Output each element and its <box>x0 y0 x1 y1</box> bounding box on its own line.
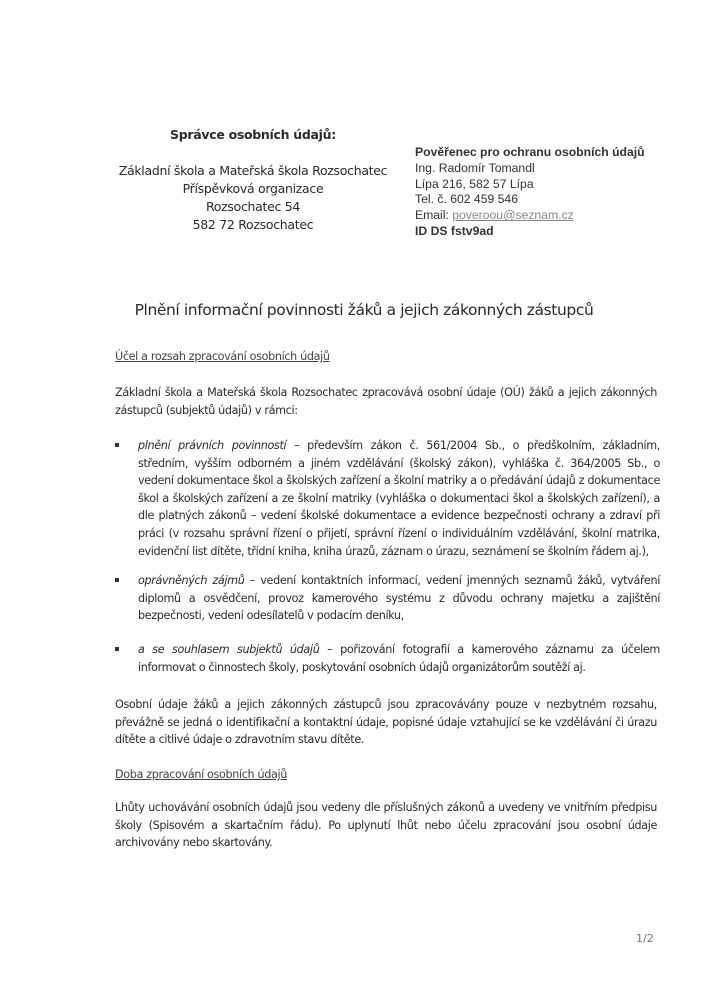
controller-line: 582 72 Rozsochatec <box>118 216 388 234</box>
page-number: 1/2 <box>636 932 654 945</box>
section-heading-purpose: Účel a rozsah zpracování osobních údajů <box>115 348 657 366</box>
duration-paragraph: Lhůty uchovávání osobních údajů jsou ved… <box>115 799 657 852</box>
list-item: a se souhlasem subjektů údajů – pořizová… <box>115 641 660 676</box>
closing-paragraph: Osobní údaje žáků a jejich zákonných zás… <box>115 696 657 749</box>
dpo-title: Pověřenec pro ochranu osobních údajů <box>415 145 675 161</box>
bullet-text: – především zákon č. 561/2004 Sb., o pře… <box>138 439 660 558</box>
dpo-name: Ing. Radomír Tomandl <box>415 161 675 177</box>
intro-paragraph: Základní škola a Mateřská škola Rozsocha… <box>115 384 657 419</box>
controller-line: Základní škola a Mateřská škola Rozsocha… <box>118 162 388 180</box>
list-item: plnění právních povinností – především z… <box>115 437 660 560</box>
controller-line: Příspěvková organizace <box>118 180 388 198</box>
document-title: Plnění informační povinnosti žáků a jeji… <box>0 301 728 319</box>
dpo-ds-id: ID DS fstv9ad <box>415 224 675 240</box>
controller-line: Rozsochatec 54 <box>118 198 388 216</box>
dpo-email-row: Email: poveroou@seznam.cz <box>415 208 675 224</box>
list-item: oprávněných zájmů – vedení kontaktních i… <box>115 572 660 625</box>
bullet-lead: plnění právních povinností <box>138 439 286 452</box>
bullet-lead: a se souhlasem subjektů údajů <box>138 643 319 656</box>
dpo-block: Pověřenec pro ochranu osobních údajů Ing… <box>415 145 675 240</box>
bullet-square-icon <box>115 443 119 447</box>
controller-title: Správce osobních údajů: <box>118 126 388 144</box>
dpo-phone: Tel. č. 602 459 546 <box>415 192 675 208</box>
dpo-address: Lípa 216, 582 57 Lípa <box>415 177 675 193</box>
section-heading-duration: Doba zpracování osobních údajů <box>115 766 657 784</box>
bullet-square-icon <box>115 647 119 651</box>
document-page: Správce osobních údajů: Základní škola a… <box>0 0 728 1000</box>
data-controller-block: Správce osobních údajů: Základní škola a… <box>118 126 388 234</box>
dpo-email-link[interactable]: poveroou@seznam.cz <box>452 208 573 222</box>
dpo-email-label: Email: <box>415 208 452 222</box>
bullet-lead: oprávněných zájmů <box>138 574 244 587</box>
bullet-square-icon <box>115 578 119 582</box>
